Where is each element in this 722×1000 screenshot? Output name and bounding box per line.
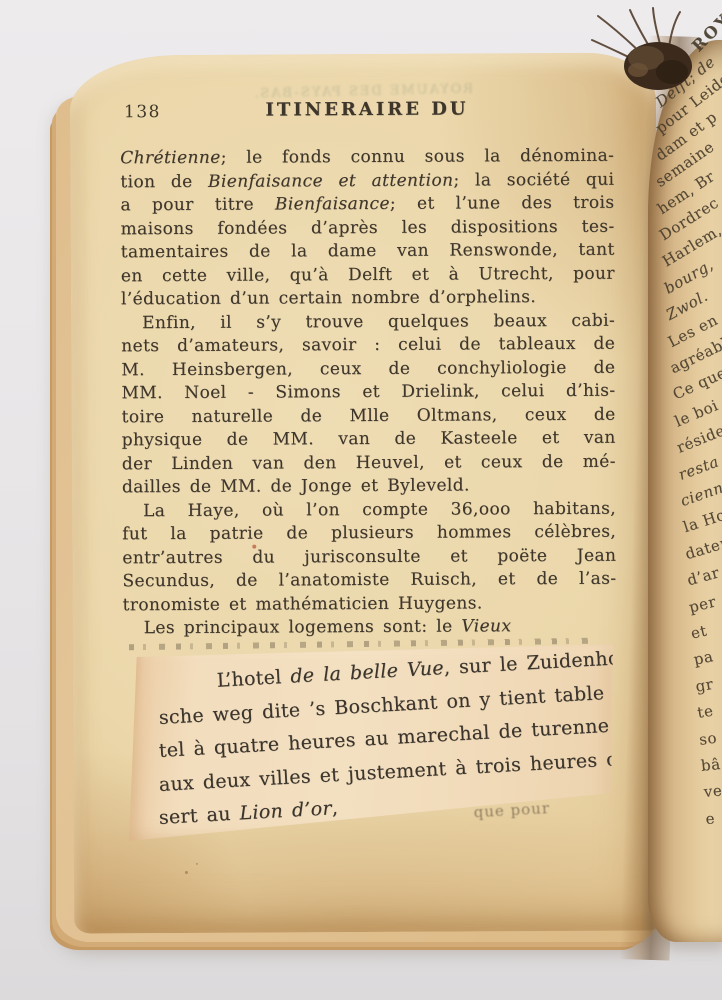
book-page-right	[648, 40, 722, 942]
text-segment: nets d’amateurs, savoir : celui de table…	[121, 334, 615, 357]
foxing-speck	[185, 871, 188, 874]
text-line: l’éducation d’un certain nombre d’orphel…	[121, 286, 615, 312]
text-line: tamentaires de la dame van Renswonde, ta…	[121, 239, 615, 265]
text-segment: L’hotel	[216, 666, 291, 692]
text-segment: en cette ville, qu’à Delft et à Utrecht,…	[121, 263, 615, 286]
text-segment: dailles de MM. de Jonge et Byleveld.	[122, 475, 470, 497]
text-segment: Chrétienne	[120, 148, 221, 169]
text-segment: Enfin, il s’y trouve quelques beaux cabi…	[142, 310, 615, 332]
text-segment: Les principaux logemens sont: le	[144, 616, 462, 638]
text-segment: M. Heinsbergen, ceux de conchyliologie d…	[121, 357, 615, 380]
text-line: en cette ville, qu’à Delft et à Utrecht,…	[121, 262, 615, 288]
text-line: physique de MM. van de Kasteele et van	[122, 427, 616, 453]
text-line: dailles de MM. de Jonge et Byleveld.	[122, 474, 616, 500]
running-title: ITINERAIRE DU	[120, 98, 614, 122]
text-segment: Lion d’or	[239, 797, 332, 824]
text-segment: de la belle Vue	[290, 657, 445, 688]
foxing-speck	[252, 545, 256, 549]
text-segment: maisons fondées d’après les dispositions…	[121, 216, 615, 239]
text-line: maisons fondées d’après les dispositions…	[121, 215, 615, 241]
body-text: Chrétienne; le fonds connu sous la dénom…	[120, 145, 617, 641]
text-line: fut la patrie de plusieurs hommes célèbr…	[122, 521, 616, 547]
text-line: Les principaux logemens sont: le Vieux	[123, 615, 617, 641]
text-segment: Vieux	[461, 616, 511, 636]
text-line: toire naturelle de Mlle Oltmans, ceux de	[122, 403, 616, 429]
text-segment: tion de	[120, 171, 208, 191]
text-segment: sert au	[158, 802, 240, 828]
text-line: tion de Bienfaisance et attention; la so…	[120, 168, 614, 194]
text-segment: ; le fonds connu sous la dénomina-	[221, 146, 615, 168]
tassel	[578, 0, 722, 115]
text-line: M. Heinsbergen, ceux de conchyliologie d…	[121, 356, 615, 382]
text-segment: Bienfaisance	[275, 194, 390, 215]
text-segment: tronomiste et mathématicien Huygens.	[123, 593, 483, 615]
text-segment: entr’autres du jurisconsulte et poëte Je…	[122, 545, 616, 568]
text-segment: ; et l’une des trois	[390, 193, 615, 214]
text-line: La Haye, où l’on compte 36,ooo habitans,	[122, 497, 616, 523]
text-segment: a pour titre	[120, 194, 275, 215]
text-line: der Linden van den Heuvel, et ceux de mé…	[122, 450, 616, 476]
book-photo: ROYAUME DES PAYS-BAS. 138 ITINERAIRE DU …	[0, 0, 722, 1000]
text-segment: der Linden van den Heuvel, et ceux de mé…	[122, 451, 616, 474]
text-segment: Bienfaisance et attention	[208, 170, 454, 191]
text-line: Enfin, il s’y trouve quelques beaux cabi…	[121, 309, 615, 335]
text-segment: physique de MM. van de Kasteele et van	[122, 428, 616, 451]
text-line: tronomiste et mathématicien Huygens.	[123, 591, 617, 617]
text-line: MM. Noel - Simons et Drielink, celui d’h…	[121, 380, 615, 406]
text-segment: MM. Noel - Simons et Drielink, celui d’h…	[121, 381, 615, 404]
text-segment: l’éducation d’un certain nombre d’orphel…	[121, 287, 536, 309]
text-segment: toire naturelle de Mlle Oltmans, ceux de	[122, 404, 616, 427]
text-segment: tamentaires de la dame van Renswonde, ta…	[121, 240, 615, 263]
text-segment: Secundus, de l’anatomiste Ruisch, et de …	[122, 569, 616, 592]
text-line: a pour titre Bienfaisance; et l’une des …	[120, 192, 614, 218]
text-line: entr’autres du jurisconsulte et poëte Je…	[122, 544, 616, 570]
text-segment: ,	[331, 797, 339, 819]
text-segment: ; la société qui	[453, 169, 614, 190]
text-segment: La Haye, où l’on compte 36,ooo habitans,	[143, 498, 616, 520]
text-line: Secundus, de l’anatomiste Ruisch, et de …	[122, 568, 616, 594]
text-segment: fut la patrie de plusieurs hommes célèbr…	[122, 522, 616, 545]
text-line: Chrétienne; le fonds connu sous la dénom…	[120, 145, 614, 171]
text-line: nets d’amateurs, savoir : celui de table…	[121, 333, 615, 359]
foxing-speck	[196, 863, 198, 865]
